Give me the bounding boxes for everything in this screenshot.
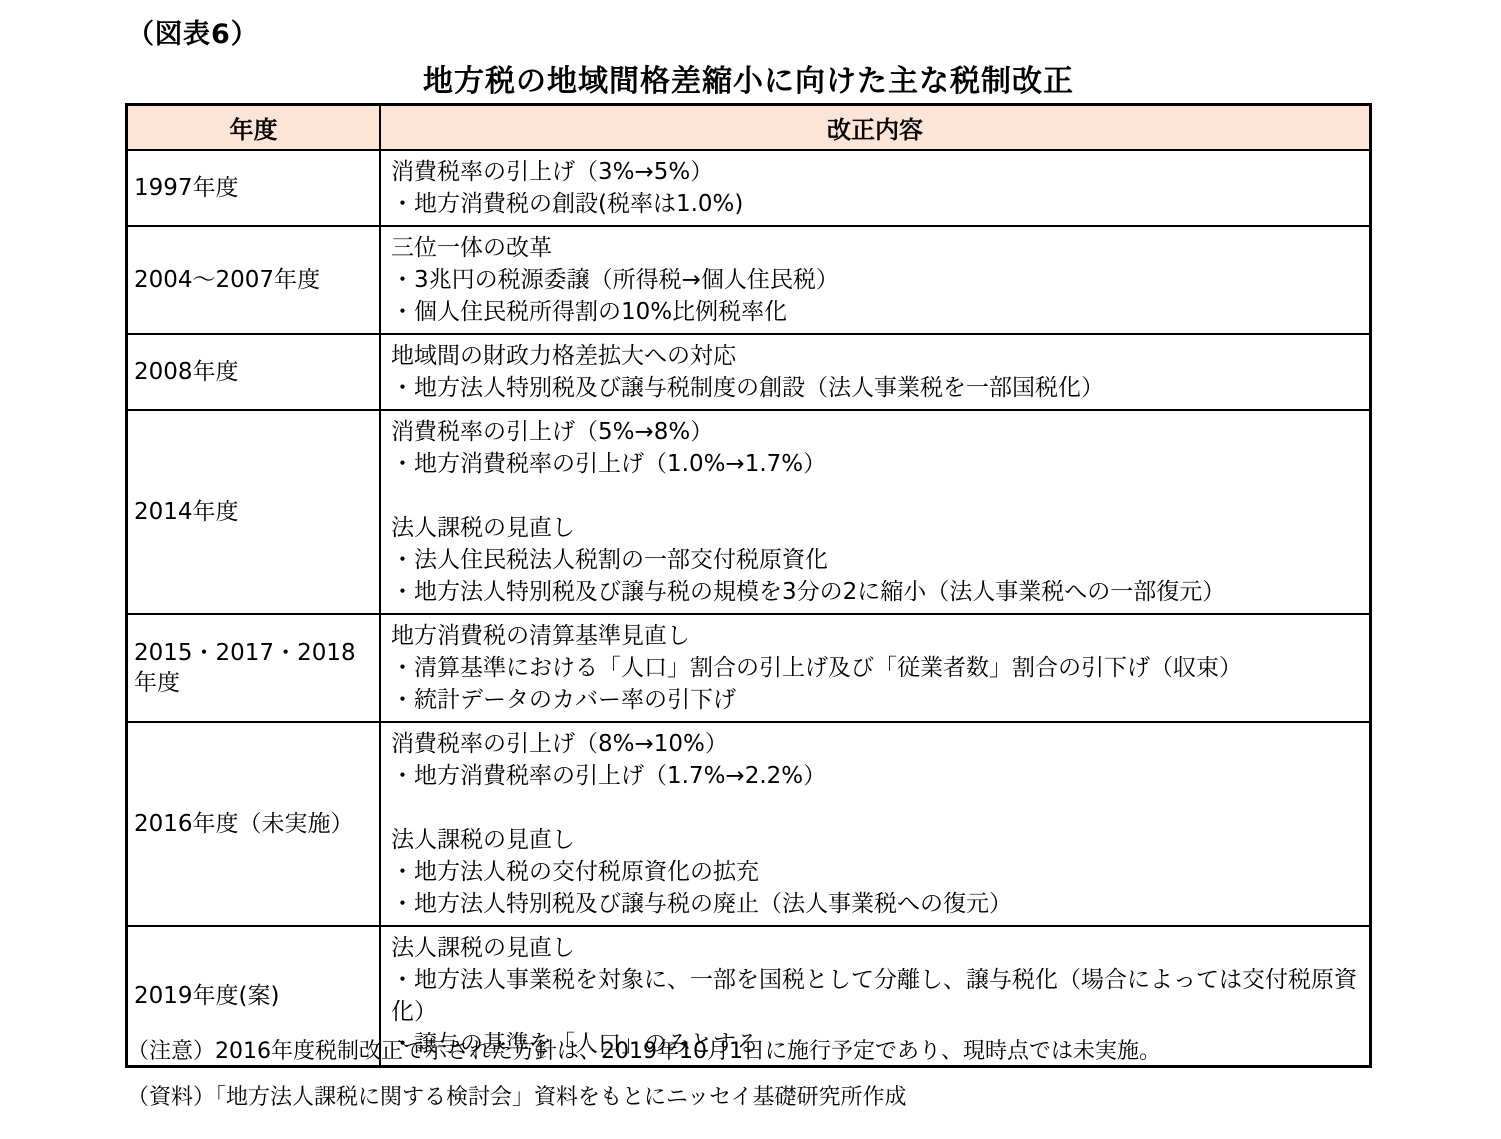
year-cell: 2016年度（未実施） xyxy=(127,722,381,926)
content-cell: 消費税率の引上げ（5%→8%） ・地方消費税率の引上げ（1.0%→1.7%） 法… xyxy=(380,410,1371,614)
document-page: （図表6） 地方税の地域間格差縮小に向けた主な税制改正 年度 改正内容 1997… xyxy=(0,0,1501,1139)
content-cell: 消費税率の引上げ（3%→5%） ・地方消費税の創設(税率は1.0%) xyxy=(380,150,1371,226)
content-cell: 消費税率の引上げ（8%→10%） ・地方消費税率の引上げ（1.7%→2.2%） … xyxy=(380,722,1371,926)
year-cell: 2008年度 xyxy=(127,334,381,410)
column-header-content: 改正内容 xyxy=(380,105,1371,151)
year-cell: 2014年度 xyxy=(127,410,381,614)
year-cell: 2004～2007年度 xyxy=(127,226,381,334)
note-caution: （注意）2016年度税制改正で示された方針は、2019年10月1日に施行予定であ… xyxy=(127,1038,1161,1066)
table-row: 2004～2007年度 三位一体の改革 ・3兆円の税源委譲（所得税→個人住民税）… xyxy=(127,226,1371,334)
tax-reform-table: 年度 改正内容 1997年度 消費税率の引上げ（3%→5%） ・地方消費税の創設… xyxy=(125,103,1372,1068)
table-header: 年度 改正内容 xyxy=(127,105,1371,151)
table-title: 地方税の地域間格差縮小に向けた主な税制改正 xyxy=(125,56,1372,100)
table-body: 1997年度 消費税率の引上げ（3%→5%） ・地方消費税の創設(税率は1.0%… xyxy=(127,150,1371,1067)
table-row: 2015・2017・2018年度 地方消費税の清算基準見直し ・清算基準における… xyxy=(127,614,1371,722)
year-cell: 2015・2017・2018年度 xyxy=(127,614,381,722)
content-cell: 地域間の財政力格差拡大への対応 ・地方法人特別税及び譲与税制度の創設（法人事業税… xyxy=(380,334,1371,410)
table-row: 2008年度 地域間の財政力格差拡大への対応 ・地方法人特別税及び譲与税制度の創… xyxy=(127,334,1371,410)
table-row: 2014年度 消費税率の引上げ（5%→8%） ・地方消費税率の引上げ（1.0%→… xyxy=(127,410,1371,614)
table-row: 2016年度（未実施） 消費税率の引上げ（8%→10%） ・地方消費税率の引上げ… xyxy=(127,722,1371,926)
content-cell: 地方消費税の清算基準見直し ・清算基準における「人口」割合の引上げ及び「従業者数… xyxy=(380,614,1371,722)
table-row: 1997年度 消費税率の引上げ（3%→5%） ・地方消費税の創設(税率は1.0%… xyxy=(127,150,1371,226)
content-cell: 三位一体の改革 ・3兆円の税源委譲（所得税→個人住民税） ・個人住民税所得割の1… xyxy=(380,226,1371,334)
figure-label: （図表6） xyxy=(127,12,259,51)
header-row: 年度 改正内容 xyxy=(127,105,1371,151)
column-header-year: 年度 xyxy=(127,105,381,151)
year-cell: 1997年度 xyxy=(127,150,381,226)
note-source: （資料）「地方法人課税に関する検討会」資料をもとにニッセイ基礎研究所作成 xyxy=(127,1084,906,1112)
